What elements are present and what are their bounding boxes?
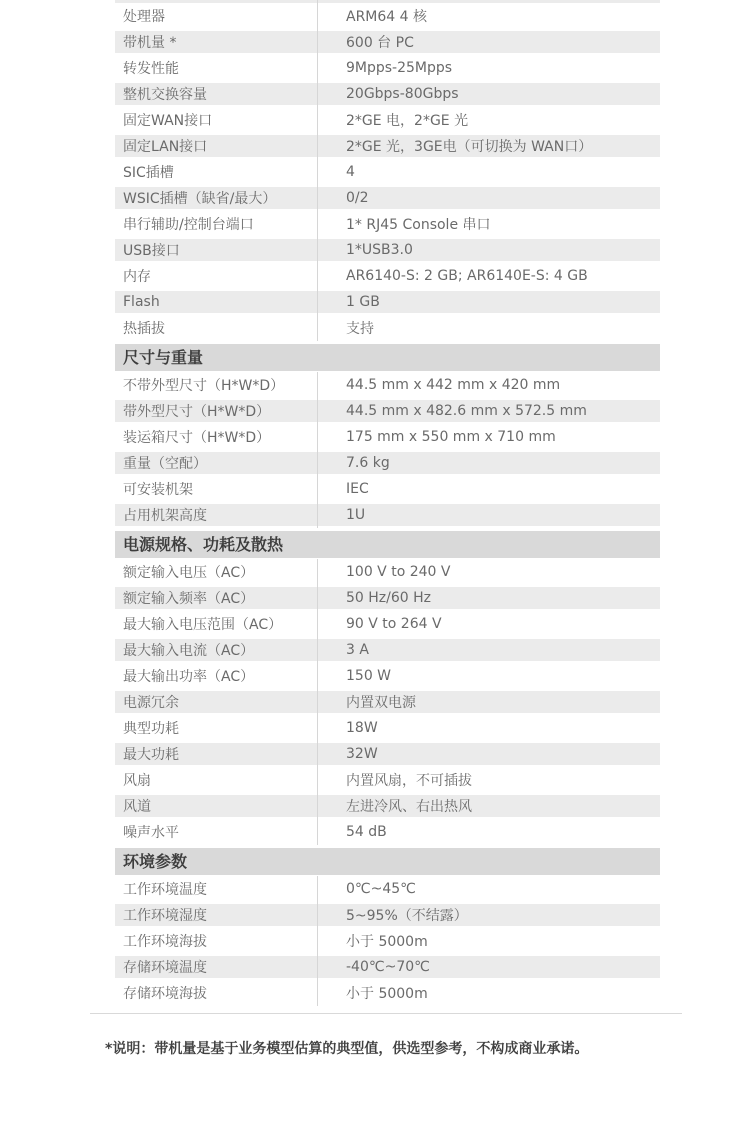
- table-row: 风道 左进冷风、右出热风: [115, 793, 660, 819]
- spec-label: 工作环境海拔: [115, 931, 317, 951]
- table-row: 重量（空配） 7.6 kg: [115, 450, 660, 476]
- spec-label: 最大功耗: [115, 744, 317, 764]
- spec-value: 2*GE 光，3GE电（可切换为 WAN口）: [317, 136, 660, 156]
- spec-label: 存储环境温度: [115, 957, 317, 977]
- spec-value: 32W: [317, 746, 660, 762]
- spec-value: 7.6 kg: [317, 455, 660, 471]
- table-row: 工作环境温度 0℃~45℃: [115, 876, 660, 902]
- spec-label: 电源冗余: [115, 692, 317, 712]
- spec-value: 44.5 mm x 482.6 mm x 572.5 mm: [317, 403, 660, 419]
- spec-label: 最大输入电流（AC）: [115, 640, 317, 660]
- spec-label: 带外型尺寸（H*W*D）: [115, 401, 317, 421]
- spec-value: 小于 5000m: [317, 983, 660, 1003]
- table-row: Flash 1 GB: [115, 289, 660, 315]
- spec-value: 1 GB: [317, 294, 660, 310]
- spec-label: 处理器: [115, 6, 317, 26]
- table-row: 处理器 ARM64 4 核: [115, 3, 660, 29]
- spec-value: 2*GE 电，2*GE 光: [317, 110, 660, 130]
- table-row: 额定输入频率（AC） 50 Hz/60 Hz: [115, 585, 660, 611]
- table-row: 额定输入电压（AC） 100 V to 240 V: [115, 559, 660, 585]
- spec-label: 重量（空配）: [115, 453, 317, 473]
- footnote: *说明：带机量是基于业务模型估算的典型值，供选型参考，不构成商业承诺。: [105, 1038, 588, 1058]
- table-row: 最大输入电流（AC） 3 A: [115, 637, 660, 663]
- spec-value: ARM64 4 核: [317, 6, 660, 26]
- spec-value: 90 V to 264 V: [317, 616, 660, 632]
- spec-value: IEC: [317, 481, 660, 497]
- table-row: SIC插槽 4: [115, 159, 660, 185]
- spec-label: 最大输入电压范围（AC）: [115, 614, 317, 634]
- spec-value: 0℃~45℃: [317, 881, 660, 897]
- table-row: 整机交换容量 20Gbps-80Gbps: [115, 81, 660, 107]
- spec-value: 50 Hz/60 Hz: [317, 590, 660, 606]
- spec-label: 热插拔: [115, 318, 317, 338]
- table-row: 存储环境温度 -40℃~70℃: [115, 954, 660, 980]
- spec-value: 内置风扇，不可插拔: [317, 770, 660, 790]
- table-row: 带外型尺寸（H*W*D） 44.5 mm x 482.6 mm x 572.5 …: [115, 398, 660, 424]
- spec-value: 小于 5000m: [317, 931, 660, 951]
- spec-label: 固定WAN接口: [115, 110, 317, 130]
- spec-label: 典型功耗: [115, 718, 317, 738]
- section-header: 尺寸与重量: [115, 341, 660, 372]
- spec-label: USB接口: [115, 240, 317, 260]
- spec-value: 100 V to 240 V: [317, 564, 660, 580]
- spec-label: 最大输出功率（AC）: [115, 666, 317, 686]
- spec-value: 左进冷风、右出热风: [317, 796, 660, 816]
- table-row: 带机量 * 600 台 PC: [115, 29, 660, 55]
- spec-value: 1*USB3.0: [317, 242, 660, 258]
- table-row: 存储环境海拔 小于 5000m: [115, 980, 660, 1006]
- table-row: 最大输入电压范围（AC） 90 V to 264 V: [115, 611, 660, 637]
- spec-value: 175 mm x 550 mm x 710 mm: [317, 429, 660, 445]
- spec-label: 存储环境海拔: [115, 983, 317, 1003]
- spec-value: 内置双电源: [317, 692, 660, 712]
- table-row: 串行辅助/控制台端口 1* RJ45 Console 串口: [115, 211, 660, 237]
- spec-value: -40℃~70℃: [317, 959, 660, 975]
- section-header: 环境参数: [115, 845, 660, 876]
- spec-label: 整机交换容量: [115, 84, 317, 104]
- spec-label: 内存: [115, 266, 317, 286]
- spec-label: 工作环境湿度: [115, 905, 317, 925]
- spec-label: SIC插槽: [115, 162, 317, 182]
- spec-label: 可安装机架: [115, 479, 317, 499]
- spec-label: Flash: [115, 294, 317, 310]
- spec-value: 44.5 mm x 442 mm x 420 mm: [317, 377, 660, 393]
- spec-label: 噪声水平: [115, 822, 317, 842]
- spec-label: WSIC插槽（缺省/最大）: [115, 188, 317, 208]
- table-row: USB接口 1*USB3.0: [115, 237, 660, 263]
- spec-value: 54 dB: [317, 824, 660, 840]
- spec-label: 带机量 *: [115, 32, 317, 52]
- table-row: 装运箱尺寸（H*W*D） 175 mm x 550 mm x 710 mm: [115, 424, 660, 450]
- table-row: 噪声水平 54 dB: [115, 819, 660, 845]
- table-row: 不带外型尺寸（H*W*D） 44.5 mm x 442 mm x 420 mm: [115, 372, 660, 398]
- spec-value: 20Gbps-80Gbps: [317, 86, 660, 102]
- spec-label: 串行辅助/控制台端口: [115, 214, 317, 234]
- table-row: WSIC插槽（缺省/最大） 0/2: [115, 185, 660, 211]
- spec-value: 1* RJ45 Console 串口: [317, 214, 660, 234]
- table-row: 转发性能 9Mpps-25Mpps: [115, 55, 660, 81]
- table-row: 工作环境湿度 5~95%（不结露）: [115, 902, 660, 928]
- table-row: 电源冗余 内置双电源: [115, 689, 660, 715]
- spec-label: 风扇: [115, 770, 317, 790]
- table-row: 固定WAN接口 2*GE 电，2*GE 光: [115, 107, 660, 133]
- spec-value: 支持: [317, 318, 660, 338]
- table-row: 固定LAN接口 2*GE 光，3GE电（可切换为 WAN口）: [115, 133, 660, 159]
- spec-value: AR6140-S: 2 GB; AR6140E-S: 4 GB: [317, 268, 660, 284]
- spec-label: 固定LAN接口: [115, 136, 317, 156]
- spec-value: 0/2: [317, 190, 660, 206]
- spec-label: 工作环境温度: [115, 879, 317, 899]
- spec-table-sections: 处理器 ARM64 4 核 带机量 * 600 台 PC 转发性能 9Mpps-…: [115, 3, 660, 1006]
- spec-value: 1U: [317, 507, 660, 523]
- table-row: 工作环境海拔 小于 5000m: [115, 928, 660, 954]
- table-row: 最大输出功率（AC） 150 W: [115, 663, 660, 689]
- spec-label: 转发性能: [115, 58, 317, 78]
- spec-value: 9Mpps-25Mpps: [317, 60, 660, 76]
- spec-value: 18W: [317, 720, 660, 736]
- spec-label: 风道: [115, 796, 317, 816]
- table-row: 风扇 内置风扇，不可插拔: [115, 767, 660, 793]
- table-row: 占用机架高度 1U: [115, 502, 660, 528]
- table-bottom-divider: [90, 1013, 682, 1014]
- spec-label: 不带外型尺寸（H*W*D）: [115, 375, 317, 395]
- spec-value: 4: [317, 164, 660, 180]
- table-row: 内存 AR6140-S: 2 GB; AR6140E-S: 4 GB: [115, 263, 660, 289]
- spec-value: 5~95%（不结露）: [317, 905, 660, 925]
- spec-label: 装运箱尺寸（H*W*D）: [115, 427, 317, 447]
- spec-value: 600 台 PC: [317, 32, 660, 52]
- spec-value: 150 W: [317, 668, 660, 684]
- table-row: 最大功耗 32W: [115, 741, 660, 767]
- spec-table: 处理器 ARM64 4 核 带机量 * 600 台 PC 转发性能 9Mpps-…: [115, 0, 660, 1006]
- section-header: 电源规格、功耗及散热: [115, 528, 660, 559]
- table-row: 热插拔 支持: [115, 315, 660, 341]
- table-row: 典型功耗 18W: [115, 715, 660, 741]
- spec-label: 额定输入电压（AC）: [115, 562, 317, 582]
- spec-label: 占用机架高度: [115, 505, 317, 525]
- table-row: 可安装机架 IEC: [115, 476, 660, 502]
- spec-label: 额定输入频率（AC）: [115, 588, 317, 608]
- spec-value: 3 A: [317, 642, 660, 658]
